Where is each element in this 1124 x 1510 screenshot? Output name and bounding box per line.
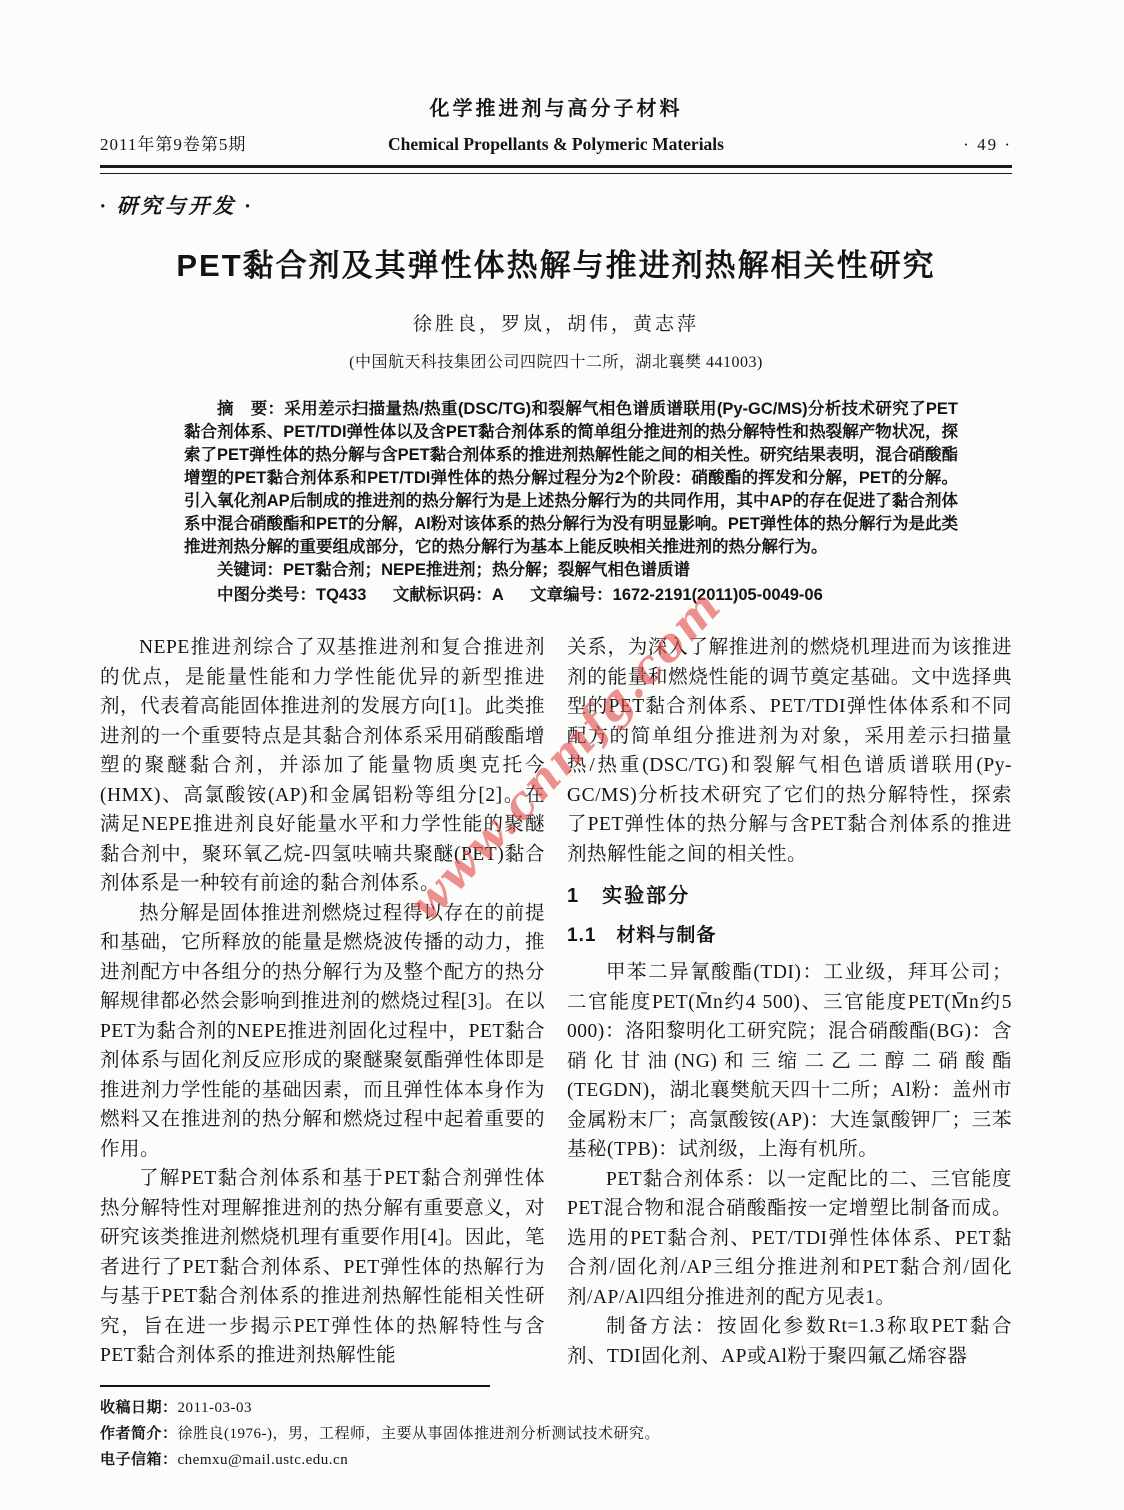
page-number: · 49 · — [762, 135, 1012, 155]
bio-value: 徐胜良(1976-)，男，工程师，主要从事固体推进剂分析测试技术研究。 — [178, 1426, 661, 1442]
body-paragraph: 热分解是固体推进剂燃烧过程得以存在的前提和基础，它所释放的能量是燃烧波传播的动力… — [100, 899, 545, 1165]
section-marker: · 研究与开发 · — [100, 190, 1012, 220]
section-heading-1-1: 1.1 材料与制备 — [567, 921, 1012, 951]
keywords-label: 关键词： — [217, 561, 283, 579]
bio-label: 作者简介： — [100, 1425, 178, 1442]
abstract-label: 摘 要： — [217, 400, 284, 418]
received-date-line: 收稿日期：2011-03-03 — [100, 1395, 1012, 1421]
doc-code-label: 文献标识码： — [393, 586, 492, 604]
doc-code-value: A — [492, 586, 504, 604]
body-paragraph: NEPE推进剂综合了双基推进剂和复合推进剂的优点，是能量性能和力学性能优异的新型… — [100, 633, 545, 899]
issue-info: 2011年第9卷第5期 — [100, 130, 350, 155]
section-heading-1: 1 实验部分 — [567, 882, 1012, 912]
abstract-paragraph: 摘 要：采用差示扫描量热/热重(DSC/TG)和裂解气相色谱质谱联用(Py-GC… — [184, 398, 958, 559]
abstract-text: 采用差示扫描量热/热重(DSC/TG)和裂解气相色谱质谱联用(Py-GC/MS)… — [184, 400, 958, 556]
paper-page: 化学推进剂与高分子材料 2011年第9卷第5期 Chemical Propell… — [0, 0, 1124, 1510]
body-paragraph: PET黏合剂体系：以一定配比的二、三官能度PET混合物和混合硝酸酯按一定增塑比制… — [567, 1165, 1012, 1313]
email-label: 电子信箱： — [100, 1451, 178, 1468]
affiliation: (中国航天科技集团公司四院四十二所，湖北襄樊 441003) — [100, 349, 1012, 372]
body-paragraph: 关系，为深入了解推进剂的燃烧机理进而为该推进剂的能量和燃烧性能的调节奠定基础。文… — [567, 633, 1012, 869]
journal-header-row: 2011年第9卷第5期 Chemical Propellants & Polym… — [100, 130, 1012, 155]
footnote-block: 收稿日期：2011-03-03 作者简介：徐胜良(1976-)，男，工程师，主要… — [100, 1385, 1012, 1473]
author-bio-line: 作者简介：徐胜良(1976-)，男，工程师，主要从事固体推进剂分析测试技术研究。 — [100, 1421, 1012, 1447]
right-column: 关系，为深入了解推进剂的燃烧机理进而为该推进剂的能量和燃烧性能的调节奠定基础。文… — [567, 633, 1012, 1371]
article-id-value: 1672-2191(2011)05-0049-06 — [613, 586, 823, 604]
body-columns: NEPE推进剂综合了双基推进剂和复合推进剂的优点，是能量性能和力学性能优异的新型… — [100, 633, 1012, 1371]
clc-value: TQ433 — [316, 586, 366, 604]
paper-title: PET黏合剂及其弹性体热解与推进剂热解相关性研究 — [100, 240, 1012, 285]
journal-name-en: Chemical Propellants & Polymeric Materia… — [350, 134, 762, 155]
body-paragraph: 了解PET黏合剂体系和基于PET黏合剂弹性体热分解特性对理解推进剂的热分解有重要… — [100, 1164, 545, 1371]
email-value: chemxu@mail.ustc.edu.cn — [178, 1452, 349, 1468]
clc-label: 中图分类号： — [217, 586, 316, 604]
journal-name-cn: 化学推进剂与高分子材料 — [100, 92, 1012, 121]
body-paragraph: 甲苯二异氰酸酯(TDI)：工业级，拜耳公司；二官能度PET(M̄n约4 500)… — [567, 958, 1012, 1165]
authors: 徐胜良，罗岚，胡伟，黄志萍 — [100, 309, 1012, 336]
body-paragraph: 制备方法：按固化参数Rt=1.3称取PET黏合剂、TDI固化剂、AP或Al粉于聚… — [567, 1312, 1012, 1371]
classification-line: 中图分类号：TQ433文献标识码：A文章编号：1672-2191(2011)05… — [184, 584, 958, 607]
abstract-block: 摘 要：采用差示扫描量热/热重(DSC/TG)和裂解气相色谱质谱联用(Py-GC… — [184, 398, 958, 607]
keywords-text: PET黏合剂；NEPE推进剂；热分解；裂解气相色谱质谱 — [283, 561, 690, 579]
footnote-divider — [100, 1385, 490, 1387]
left-column: NEPE推进剂综合了双基推进剂和复合推进剂的优点，是能量性能和力学性能优异的新型… — [100, 633, 545, 1371]
article-id-label: 文章编号： — [530, 586, 613, 604]
journal-header: 化学推进剂与高分子材料 2011年第9卷第5期 Chemical Propell… — [100, 92, 1012, 174]
received-value: 2011-03-03 — [178, 1400, 252, 1416]
keywords-line: 关键词：PET黏合剂；NEPE推进剂；热分解；裂解气相色谱质谱 — [184, 559, 958, 582]
received-label: 收稿日期： — [100, 1399, 178, 1416]
header-divider — [100, 165, 1012, 174]
email-line: 电子信箱：chemxu@mail.ustc.edu.cn — [100, 1447, 1012, 1473]
